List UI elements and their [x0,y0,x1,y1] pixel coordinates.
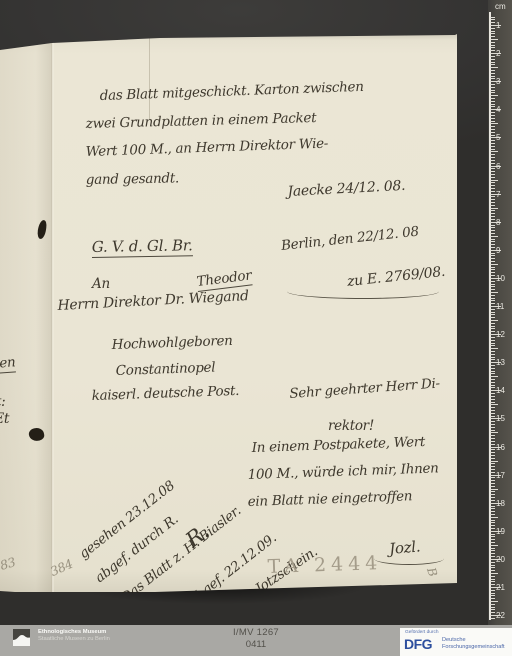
ruler-tick [490,351,495,352]
ruler-tick [490,522,495,523]
ruler-tick [490,210,495,211]
address-an: An [92,276,110,292]
ruler-tick [490,427,495,428]
ruler-tick [490,469,495,470]
flourish-underline [287,284,439,299]
ruler-tick [490,595,495,596]
ruler-tick [490,227,495,228]
ruler-tick [490,45,495,46]
ruler-tick [490,455,495,456]
ruler-tick [490,435,495,436]
ruler-number: 8 [496,218,511,227]
handwriting-line: das Blatt mitgeschickt. Karton zwischen [99,79,363,104]
ruler-tick [490,106,495,107]
ruler-tick [490,275,495,276]
ruler-tick [490,514,495,515]
ruler-tick [490,359,495,360]
ruler-tick [490,584,495,585]
ruler-tick [490,56,495,57]
ruler-tick [490,570,495,571]
ruler-tick [490,292,498,293]
signature-flourish [374,552,444,565]
ruler-tick [490,618,495,619]
ruler-tick [490,177,495,178]
ruler-tick [490,247,495,248]
ruler-number: 19 [496,527,511,536]
paper-crease [149,34,150,119]
ruler-tick [490,202,495,203]
ruler-tick [490,241,495,242]
ruler-tick [490,300,495,301]
ruler-tick [490,511,495,512]
ruler-tick [490,143,495,144]
ruler-number: 18 [496,499,511,508]
ruler-tick [490,132,495,133]
ruler-tick [490,244,495,245]
ruler-number: 2 [496,49,511,58]
ruler-tick [490,22,495,23]
ruler-tick [490,438,495,439]
ruler-tick [490,264,498,265]
ruler-tick [490,534,495,535]
signature-date: Jaecke 24/12. 08. [287,178,405,200]
ruler-unit-label: cm [495,2,506,11]
ruler-tick [490,357,495,358]
museum-wave-icon [13,629,30,646]
postal-line: kaiserl. deutsche Post. [91,383,239,404]
ruler-tick [490,174,495,175]
ruler-tick [490,76,495,77]
ruler-tick [490,385,495,386]
ruler-tick [490,123,498,124]
ruler-tick [490,404,498,405]
ruler-tick [490,168,495,169]
margin-fragment: Et [0,411,9,427]
addressee-line: Herrn Direktor Dr. Wiegand [57,288,249,314]
ruler-tick [490,416,495,417]
ruler-tick [490,129,495,130]
letter-page: das Blatt mitgeschickt. Karton zwischen … [0,34,457,592]
registry-note: abgef. durch R. [92,511,181,586]
ruler-tick [490,528,495,529]
ruler-tick [490,576,495,577]
ruler-tick [490,205,495,206]
ruler-tick [490,87,495,88]
ruler-tick [490,269,495,270]
ruler-tick [490,258,495,259]
ruler-tick [490,472,495,473]
ruler-tick [490,387,495,388]
ruler-number: 6 [496,162,511,171]
ruler-tick [490,604,495,605]
funding-org-line: Forschungsgemeinschaft [442,644,505,651]
ruler-tick [490,410,495,411]
ruler-tick [490,402,495,403]
ruler-tick [490,208,498,209]
ruler-tick [490,36,495,37]
ruler-tick [490,78,495,79]
ruler-tick [490,219,495,220]
ruler-number: 16 [496,443,511,452]
ruler-tick [490,261,495,262]
ruler-tick [490,295,495,296]
ruler-tick [490,393,495,394]
ruler-tick [490,19,495,20]
ruler-tick [490,95,498,96]
ruler-tick [490,50,495,51]
ruler-tick [490,115,495,116]
ruler-tick [490,337,495,338]
ruler-tick [490,345,495,346]
image-number: 0411 [176,639,336,650]
ruler-tick [490,320,498,321]
ruler-number: 11 [496,302,511,311]
ruler-tick [490,432,498,433]
ruler-tick [490,612,495,613]
handwriting-line: zwei Grundplatten in einem Packet [86,110,317,132]
scan-viewer: das Blatt mitgeschickt. Karton zwischen … [0,0,512,656]
ruler-tick [490,506,495,507]
ruler-number: 9 [496,246,511,255]
ruler-tick [490,379,495,380]
file-reference: G. V. d. Gl. Br. [92,236,193,258]
ruler-tick [490,112,495,113]
ruler-tick [490,486,495,487]
ruler-tick [490,42,495,43]
ruler-tick [490,309,495,310]
institution-name: Ethnologisches Museum [38,629,110,636]
ruler-tick [490,525,495,526]
handwriting-line: Wert 100 M., an Herrn Direktor Wie- [85,136,328,160]
ruler-tick [490,328,495,329]
dfg-logo: DFG [404,636,432,652]
ruler-tick [490,149,495,150]
ruler-tick [490,188,495,189]
ruler-tick [490,562,495,563]
ruler-tick [490,354,495,355]
ruler-tick [490,92,495,93]
ruler-tick [490,536,495,537]
ruler-tick [490,17,495,18]
ruler-tick [490,286,495,287]
ruler-tick [490,160,495,161]
salutation-line: rektor! [328,418,374,434]
ruler-tick [490,180,498,181]
ruler-tick [490,343,495,344]
ruler-tick [490,477,495,478]
ruler-tick [490,28,495,29]
ruler-tick [490,135,495,136]
ruler-number: 15 [496,414,511,423]
ruler-tick [490,553,495,554]
ruler-tick [490,542,495,543]
ruler-number: 21 [496,583,511,592]
footer-bar: Ethnologisches Museum Staatliche Museen … [0,625,512,656]
ruler-tick [490,500,495,501]
ruler-tick [490,340,495,341]
ruler-tick [490,154,495,155]
ruler-tick [490,382,495,383]
ruler-tick [490,196,495,197]
ruler-tick [490,444,495,445]
ruler-number: 7 [496,190,511,199]
ruler-tick [490,497,495,498]
ruler-number: 10 [496,274,511,283]
ruler-tick [490,84,495,85]
ruler-tick [490,233,495,234]
ruler-tick [490,267,495,268]
ruler-number: 4 [496,105,511,114]
ruler-tick [490,323,495,324]
ruler-tick [490,494,495,495]
ruler-tick [490,236,498,237]
ruler-tick [490,517,498,518]
ruler-tick [490,126,495,127]
ruler-tick [490,255,495,256]
city-line: Constantinopel [115,360,215,379]
ruler-tick [490,520,495,521]
ruler-tick [490,62,495,63]
ruler-tick [490,508,495,509]
ruler-tick [490,598,495,599]
ruler-tick [490,90,495,91]
ruler-tick [490,314,495,315]
funding-box: Gefördert durch DFG Deutsche Forschungsg… [400,628,512,656]
ruler-tick [490,31,495,32]
ruler-tick [490,146,495,147]
ruler-tick [490,326,495,327]
ruler-tick [490,452,495,453]
ruler-tick [490,550,495,551]
honorific-line: Hochwohlgeboren [111,333,232,353]
ruler-tick [490,424,495,425]
ruler-tick [490,573,498,574]
ruler-tick [490,67,498,68]
ruler-tick [490,539,495,540]
ruler-tick [490,121,495,122]
fold-crease [51,34,54,592]
museum-logo [13,629,30,646]
ruler-tick [490,281,495,282]
ruler-number: 17 [496,471,511,480]
ruler-tick [490,312,495,313]
ruler-number: 22 [496,611,511,620]
ruler-tick [490,47,495,48]
ruler-tick [490,430,495,431]
ruler-tick [490,581,495,582]
ruler-tick [490,225,495,226]
ruler-tick [490,101,495,102]
edge-pencil-mark: B [424,566,440,578]
place-date: Berlin, den 22/12. 08 [280,224,419,254]
ruler-tick [490,593,495,594]
ruler-number: 14 [496,386,511,395]
ruler-tick [490,213,495,214]
ruler-tick [490,191,495,192]
ruler-number: 1 [496,21,511,30]
ruler-number: 13 [496,358,511,367]
ruler-number: 3 [496,77,511,86]
ruler-tick [490,239,495,240]
shelfmark: I/MV 1267 [176,627,336,638]
ruler-tick [490,590,495,591]
margin-fragment: t: [0,394,5,410]
ruler-tick [490,545,498,546]
funding-label: Gefördert durch [405,630,439,635]
ruler-tick [490,376,498,377]
ruler-tick [490,303,495,304]
ruler-tick [490,489,498,490]
handwriting-line: gand gesandt. [86,170,179,188]
handwriting-line: 100 M., würde ich mir, Ihnen [247,460,438,483]
ruler-tick [490,567,495,568]
ruler-tick [490,421,495,422]
ruler-tick [490,441,495,442]
handwriting-line: In einem Postpakete, Wert [251,434,425,456]
ruler-tick [490,298,495,299]
ruler-tick [490,98,495,99]
ruler-number: 20 [496,555,511,564]
ruler-tick [490,601,498,602]
ruler-tick [490,461,498,462]
ruler-tick [490,289,495,290]
ruler-tick [490,565,495,566]
ruler-tick [490,157,495,158]
ruler-tick [490,104,495,105]
ruler-tick [490,371,495,372]
ruler-tick [490,182,495,183]
ruler-tick [490,317,495,318]
ruler-tick [490,399,495,400]
ruler-number: 12 [496,330,511,339]
ruler-tick [490,151,498,152]
ruler-tick [490,407,495,408]
ruler-tick [490,548,495,549]
inventory-number-pencil: TA 2444 [267,552,382,578]
ruler-tick [490,449,495,450]
ruler-tick [490,118,495,119]
ruler-tick [490,331,495,332]
ruler-tick [490,199,495,200]
ruler-tick [490,579,495,580]
ruler-tick [490,607,495,608]
ruler-tick [490,171,495,172]
handwriting-line: ein Blatt nie eingetroffen [247,488,412,510]
ruler-tick [490,230,495,231]
ruler-tick [490,73,495,74]
ruler: cm 12345678910111213141516171819202122 [488,0,512,625]
ruler-tick [490,373,495,374]
ruler-tick [490,463,495,464]
ruler-tick [490,163,495,164]
ruler-tick [490,140,495,141]
ruler-tick [490,458,495,459]
ruler-tick [490,483,495,484]
folded-page-edge [0,34,51,592]
ruler-tick [490,609,495,610]
salutation-line: Sehr geehrter Herr Di- [289,376,440,402]
ruler-tick [490,368,495,369]
ruler-tick [490,59,495,60]
ruler-tick [490,39,498,40]
ruler-tick [490,365,495,366]
ruler-tick [490,272,495,273]
ruler-tick [490,216,495,217]
ruler-tick [490,33,495,34]
institution-subtitle: Staatliche Museen zu Berlin [38,636,110,643]
ruler-tick [490,185,495,186]
ruler-tick [490,480,495,481]
ruler-tick [490,396,495,397]
ruler-tick [490,348,498,349]
ruler-tick [490,413,495,414]
ruler-number: 5 [496,133,511,142]
ruler-tick [490,253,495,254]
ruler-tick [490,64,495,65]
margin-fragment: llen [0,354,16,374]
ruler-tick [490,466,495,467]
ruler-tick [490,70,495,71]
ruler-tick [490,556,495,557]
ruler-tick [490,491,495,492]
ruler-tick [490,284,495,285]
